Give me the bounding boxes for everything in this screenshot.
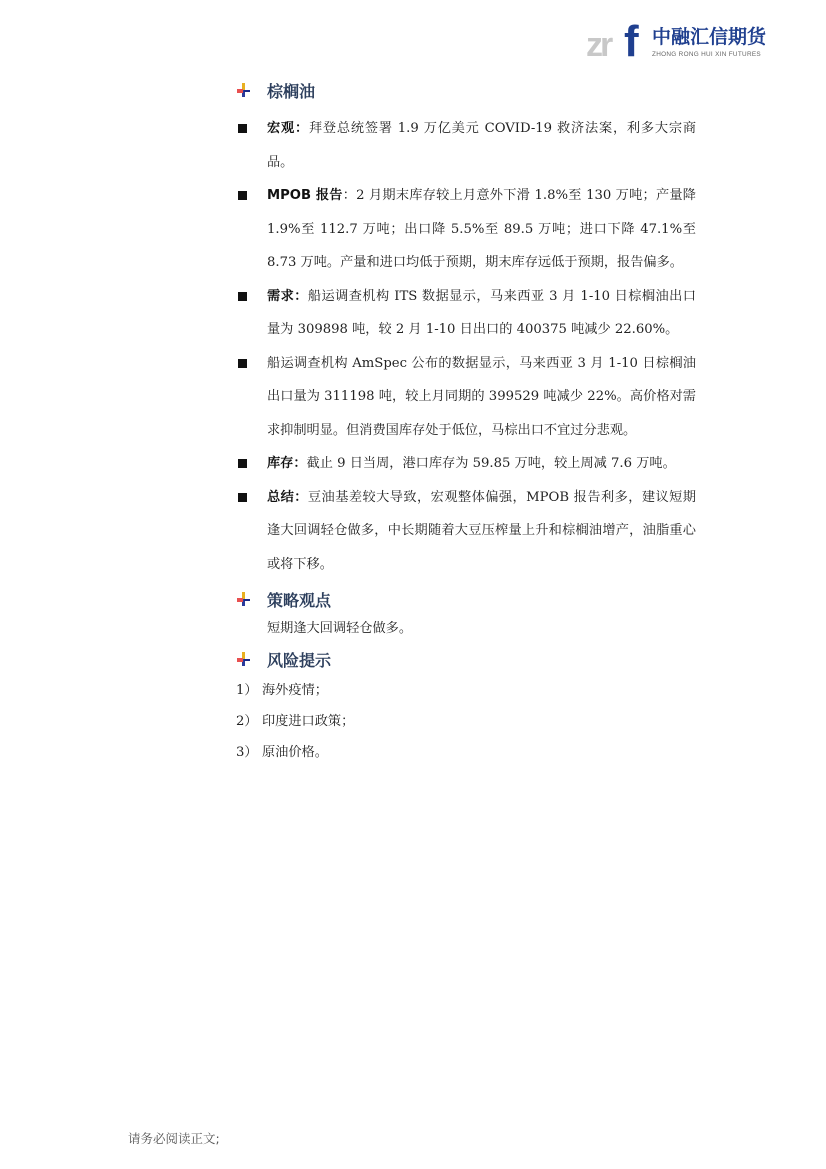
square-bullet-icon (238, 124, 247, 133)
square-bullet-icon (238, 493, 247, 502)
square-bullet-icon (238, 191, 247, 200)
risk-item-text: 原油价格。 (262, 737, 328, 768)
bullet-summary: 总结：豆油基差较大导致，宏观整体偏强，MPOB 报告利多，建议短期逢大回调轻仓做… (236, 481, 696, 582)
square-bullet-icon (238, 359, 247, 368)
bullet-demand: 需求：船运调查机构 ITS 数据显示，马来西亚 3 月 1-10 日棕榈油出口量… (236, 280, 696, 347)
logo-mark-zr: zr (586, 28, 610, 62)
square-bullet-icon (238, 459, 247, 468)
logo-company-name-en: ZHONG RONG HUI XIN FUTURES (652, 51, 761, 58)
bullet-macro: 宏观：拜登总统签署 1.9 万亿美元 COVID-19 救济法案，利多大宗商品。 (236, 112, 696, 179)
section-bullet-icon (236, 592, 250, 606)
bullet-label: 总结： (267, 490, 308, 505)
bullet-label: 需求： (267, 289, 308, 304)
risk-item-text: 海外疫情； (262, 675, 328, 706)
section-heading-strategy: 策略观点 (236, 587, 696, 611)
bullet-mpob-report: MPOB 报告：2 月期末库存较上月意外下滑 1.8%至 130 万吨；产量降 … (236, 179, 696, 280)
section-title: 风险提示 (267, 648, 331, 671)
risk-item: 2） 印度进口政策； (236, 706, 696, 737)
square-bullet-icon (238, 292, 247, 301)
risk-item-text: 印度进口政策； (262, 706, 354, 737)
bullet-text: 豆油基差较大导致，宏观整体偏强，MPOB 报告利多，建议短期逢大回调轻仓做多，中… (267, 490, 696, 572)
bullet-text: 船运调查机构 ITS 数据显示，马来西亚 3 月 1-10 日棕榈油出口量为 3… (267, 289, 696, 338)
section-bullet-icon (236, 652, 250, 666)
bullet-amspec: 船运调查机构 AmSpec 公布的数据显示，马来西亚 3 月 1-10 日棕榈油… (236, 347, 696, 448)
risk-item-number: 1） (236, 675, 262, 706)
section-bullet-icon (236, 83, 250, 97)
section-heading-palm-oil: 棕榈油 (236, 78, 696, 102)
bullet-label: 宏观： (267, 121, 309, 136)
logo-mark-f: f (624, 20, 639, 64)
section-heading-risk: 风险提示 (236, 647, 696, 671)
bullet-text: 船运调查机构 AmSpec 公布的数据显示，马来西亚 3 月 1-10 日棕榈油… (267, 356, 696, 438)
bullet-label: MPOB 报告 (267, 188, 343, 203)
bullet-inventory: 库存：截止 9 日当周，港口库存为 59.85 万吨，较上周减 7.6 万吨。 (236, 447, 696, 481)
logo-company-name-cn: 中融汇信期货 (652, 26, 766, 48)
risk-item: 3） 原油价格。 (236, 737, 696, 768)
company-logo: zr f 中融汇信期货 ZHONG RONG HUI XIN FUTURES (586, 20, 776, 64)
risk-item: 1） 海外疫情； (236, 675, 696, 706)
footer-disclaimer: 请务必阅读正文; (128, 1129, 220, 1147)
bullet-label: 库存： (267, 456, 307, 471)
risk-item-number: 2） (236, 706, 262, 737)
strategy-text: 短期逢大回调轻仓做多。 (236, 615, 696, 643)
report-body: 棕榈油 宏观：拜登总统签署 1.9 万亿美元 COVID-19 救济法案，利多大… (236, 78, 696, 768)
section-title: 棕榈油 (267, 79, 315, 102)
bullet-text: 截止 9 日当周，港口库存为 59.85 万吨，较上周减 7.6 万吨。 (307, 456, 676, 471)
bullet-text: 拜登总统签署 1.9 万亿美元 COVID-19 救济法案，利多大宗商品。 (267, 121, 696, 170)
section-title: 策略观点 (267, 588, 331, 611)
risk-item-number: 3） (236, 737, 262, 768)
